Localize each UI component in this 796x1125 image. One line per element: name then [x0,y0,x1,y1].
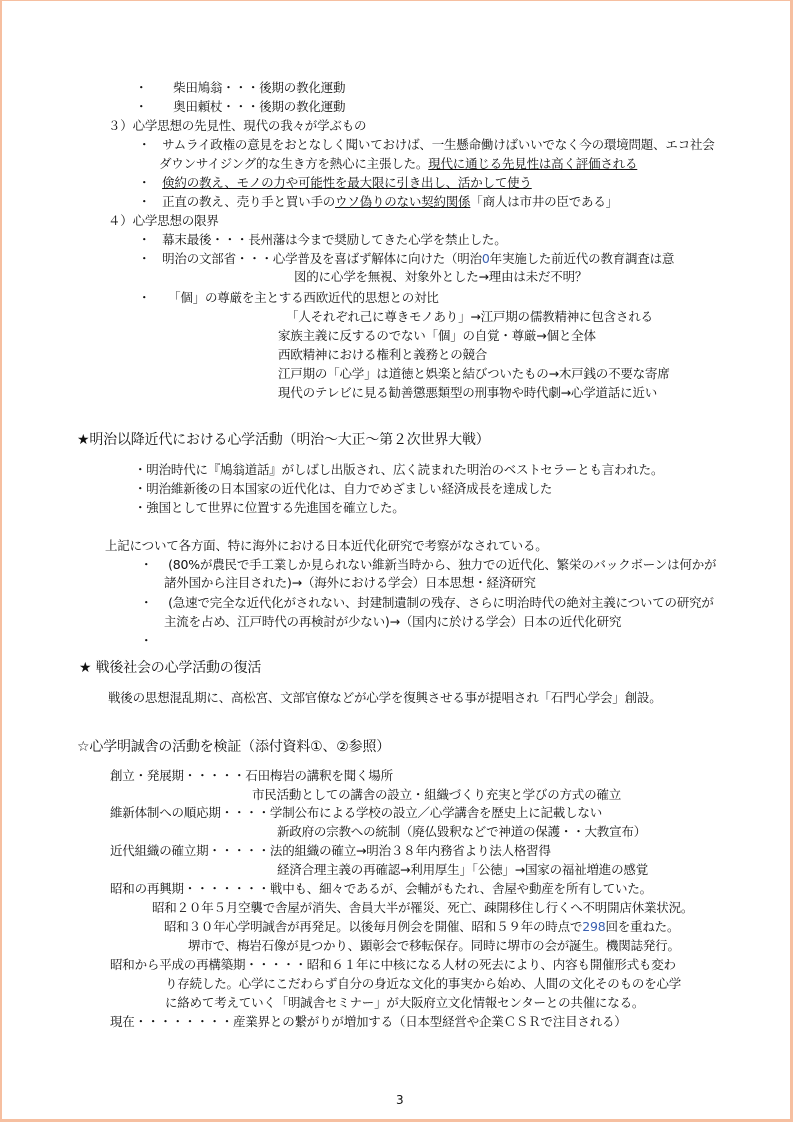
section-heading: ★明治以降近代における心学活動（明治～大正～第２次世界大戦） [77,432,490,448]
bullet: ・ [140,595,152,610]
meeting-count: 298 [582,919,605,934]
list-item-text: 奥田頼杖・・・後期の教化運動 [173,99,345,114]
list-item: ・ 幕末最後・・・長州藩は今まで奨励してきた心学を禁止した。 [138,232,507,248]
list-item: ・ 「個」の尊厳を主とする西欧近代的思想との対比 [138,290,439,306]
list-item-text: 「個」の尊厳を主とする西欧近代的思想との対比 [168,290,439,305]
timeline-line: 堺市で、梅岩石像が見つかり、顕彰会で移転保存。同時に堺市の会が誕生。機関誌発行。 [188,938,680,954]
timeline-line: 昭和の再興期・・・・・・・戦中も、細々であるが、会輔がもたれ、舎屋や動産を所有し… [110,881,652,897]
list-item-continuation: 諸外国から注目された)→（海外における学会）日本思想・経済研究 [164,575,536,591]
timeline-line: 維新体制への順応期・・・・学制公布による学校の設立／心学講舎を歴史上に記載しない [110,805,602,821]
timeline-line: 昭和３０年心学明誠舎が再発足。以後毎月例会を開催、昭和５９年の時点で298回を重… [164,919,679,935]
list-item-text: (80%が農民で手工業しか見られない維新当時から、独力での近代化、繁栄のバックボ… [168,557,716,572]
sub-item: 家族主義に反するのでない「個」の自覚・尊厳→個と全体 [278,328,596,344]
list-item: ・ (80%が農民で手工業しか見られない維新当時から、独力での近代化、繁栄のバッ… [140,557,716,573]
page-number: 3 [396,1093,404,1107]
bullet: ・ [138,194,150,209]
sub-item: 西欧精神における権利と義務との競合 [278,347,487,363]
timeline-line: 昭和から平成の再構築期・・・・・昭和６１年に中核になる人材の死去により、内容も開… [110,957,676,973]
list-item: ・ 正直の教え、売り手と買い手のウソ偽りのない契約関係「商人は市井の臣である」 [138,194,618,210]
list-item: ・明治時代に『鳩翁道話』がしばし出版され、広く読まれた明治のベストセラーとも言わ… [134,462,663,478]
list-item-continuation: 主流を占め、江戸時代の再検討が少ない)→（国内に於ける学会）日本の近代化研究 [164,614,621,630]
bullet: ・ [138,232,150,247]
list-item-text: 幕末最後・・・長州藩は今まで奨励してきた心学を禁止した。 [162,232,506,247]
list-item: ・ 奥田頼杖・・・後期の教化運動 [135,99,345,115]
list-item: ・ [140,633,152,649]
text-plain: 正直の教え、売り手と買い手の [162,194,335,209]
text-plain: ダウンサイジング的な生き方を熱心に主張した。 [159,156,428,171]
text-plain: 年実施した前近代の教育調査は意 [490,251,675,266]
bullet: ・ [140,557,152,572]
text-plain: 明治の文部省・・・心学普及を喜ばず解体に向けた（明治 [162,251,482,266]
section-heading: ４）心学思想の限界 [108,213,219,229]
year-number: 0 [482,251,490,266]
text-underlined: 現代に通じる先見性は高く評価される [428,156,637,171]
sub-item: 「人それぞれ己に尊きモノあり」→江戸期の儒教精神に包含される [286,309,653,325]
timeline-line: 新政府の宗教への統制（廃仏毀釈などで神道の保護・・大教宣布） [277,824,646,840]
list-item-text: (急速で完全な近代化がされない、封建制遺制の残存、さらに明治時代の絶対主義につい… [168,595,714,610]
section-heading: ☆心学明誠舎の活動を検証（添付資料①、②参照） [77,739,390,755]
list-item: ・ サムライ政権の意見をおとなしく聞いておけば、一生懸命働けばいいでなく今の環境… [138,137,715,153]
list-item-continuation: ダウンサイジング的な生き方を熱心に主張した。現代に通じる先見性は高く評価される [159,156,637,172]
list-item: ・ 明治の文部省・・・心学普及を喜ばず解体に向けた（明治0年実施した前近代の教育… [138,251,674,267]
bullet: ・ [135,80,147,95]
list-item-continuation: 図的に心学を無視、対象外とした→理由は未だ不明？ [294,269,587,285]
bullet: ・ [140,633,152,648]
bullet: ・ [138,290,150,305]
list-item: ・ 柴田鳩翁・・・後期の教化運動 [135,80,345,96]
timeline-line: 経済合理主義の再確認→利用厚生」「公徳」→国家の福祉増進の感覚 [277,862,648,878]
document-page: ・ 柴田鳩翁・・・後期の教化運動 ・ 奥田頼杖・・・後期の教化運動 ３）心学思想… [0,0,793,1122]
bullet: ・ [138,251,150,266]
paragraph: 戦後の思想混乱期に、高松宮、文部官僚などが心学を復興させる事が提唱され「石門心学… [108,690,662,706]
timeline-line: 市民活動としての講舎の設立・組織づくり充実と学びの方式の確立 [252,787,621,803]
list-item: ・明治維新後の日本国家の近代化は、自力でめざましい経済成長を達成した [134,481,552,497]
list-item-text: サムライ政権の意見をおとなしく聞いておけば、一生懸命働けばいいでなく今の環境問題… [162,137,715,152]
text-plain: 昭和３０年心学明誠舎が再発足。以後毎月例会を開催、昭和５９年の時点で [164,919,582,934]
text-plain: 「商人は市井の臣である」 [470,194,618,209]
text-underlined: ウソ偽りのない契約関係 [335,194,470,209]
section-heading: ★ 戦後社会の心学活動の復活 [79,660,261,676]
bullet: ・ [135,99,147,114]
timeline-line: 昭和２０年５月空襲で舎屋が消失、舎員大半が罹災、死亡、疎開移住し行くへ不明開店休… [152,900,693,916]
list-item: ・強国として世界に位置する先進国を確立した。 [134,500,405,516]
text-underlined: 倹約の教え、モノの力や可能性を最大限に引き出し、活かして使う [162,175,532,190]
sub-item: 現代のテレビに見る勧善懲悪類型の刑事物や時代劇→心学道話に近い [278,385,657,401]
timeline-line: 近代組織の確立期・・・・・法的組織の確立→明治３８年内務省より法人格習得 [110,843,551,859]
list-item-text: 柴田鳩翁・・・後期の教化運動 [173,80,345,95]
list-item: ・ 倹約の教え、モノの力や可能性を最大限に引き出し、活かして使う [138,175,532,191]
timeline-line: に絡めて考えていく「明誠舎セミナー」が大阪府立文化情報センターとの共催になる。 [165,995,644,1011]
bullet: ・ [138,175,150,190]
section-heading: ３）心学思想の先見性、現代の我々が学ぶもの [108,118,366,134]
bullet: ・ [138,137,150,152]
timeline-line: 現在・・・・・・・・産業界との繋がりが増加する（日本型経営や企業ＣＳＲで注目され… [110,1014,627,1030]
sub-item: 江戸期の「心学」は道徳と娯楽と結びついたもの→木戸銭の不要な寄席 [278,366,670,382]
timeline-line: り存続した。心学にこだわらず自分の身近な文化的事実から始め、人間の文化そのものを… [165,976,681,992]
timeline-line: 創立・発展期・・・・・石田梅岩の講釈を聞く場所 [110,768,393,784]
list-item: ・ (急速で完全な近代化がされない、封建制遺制の残存、さらに明治時代の絶対主義に… [140,595,714,611]
paragraph: 上記について各方面、特に海外における日本近代化研究で考察がなされている。 [105,538,548,554]
text-plain: 回を重ねた。 [605,919,679,934]
